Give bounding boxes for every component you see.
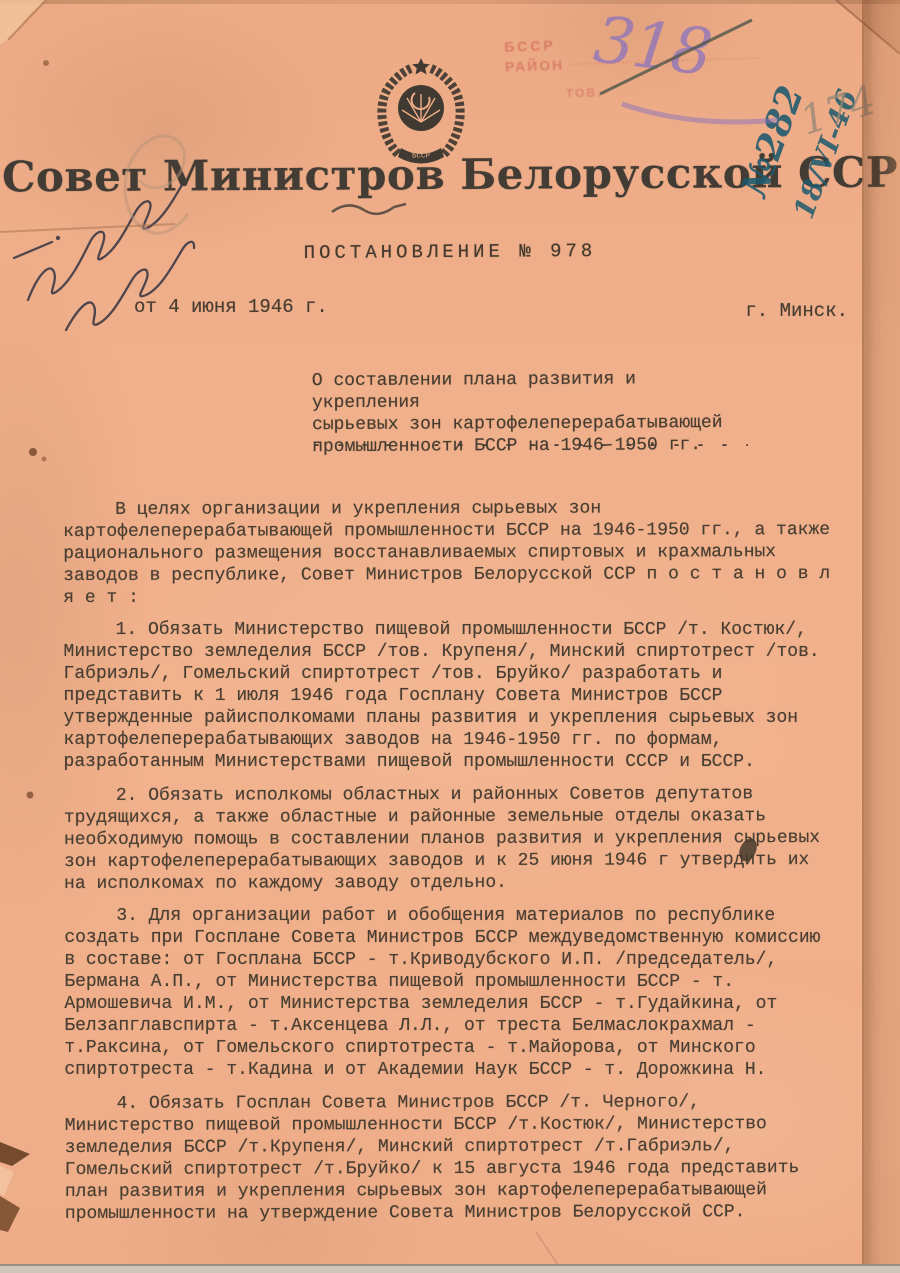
paragraph-point-2: 2. Обязать исполкомы областных и районны… [64, 783, 832, 895]
paragraph-point-4: 4. Обязать Госплан Совета Министров БССР… [65, 1091, 833, 1225]
scanned-document-page: БССР Совет Министров Белорусской ССР ПОС… [0, 0, 900, 1273]
paper-right-edge [862, 0, 900, 1273]
handwritten-purple-number: 318 [590, 3, 714, 91]
paper-top-edge [0, 0, 900, 4]
paper-bottom-edge [0, 1264, 900, 1273]
emblem-star-icon [412, 58, 430, 74]
stamp-line-rayon-text: РАЙОН [505, 57, 565, 75]
resolution-body: В целях организации и укрепления сырьевы… [63, 497, 833, 1236]
resolution-heading: ПОСТАНОВЛЕНИЕ № 978 [0, 238, 900, 266]
paper-crease [0, 224, 175, 232]
resolution-place: г. Минск. [745, 300, 848, 322]
corner-tear-line [8, 0, 46, 40]
ink-flourish [332, 204, 406, 214]
paragraph-preamble: В целях организации и укрепления сырьевы… [63, 497, 831, 609]
paper-scratch [536, 1232, 560, 1268]
corner-tear [0, 0, 46, 44]
paragraph-point-1: 1. Обязать Министерство пищевой промышле… [64, 619, 832, 773]
purple-underline [622, 104, 778, 122]
torn-edge-bottom-left [0, 1142, 30, 1232]
paragraph-point-3: 3. Для организации работ и обобщения мат… [64, 905, 832, 1081]
resolution-date: от 4 июня 1946 г. [134, 296, 328, 318]
subject-underline: - - - - - - - - - - - - - - - - - - - - … [312, 437, 748, 454]
